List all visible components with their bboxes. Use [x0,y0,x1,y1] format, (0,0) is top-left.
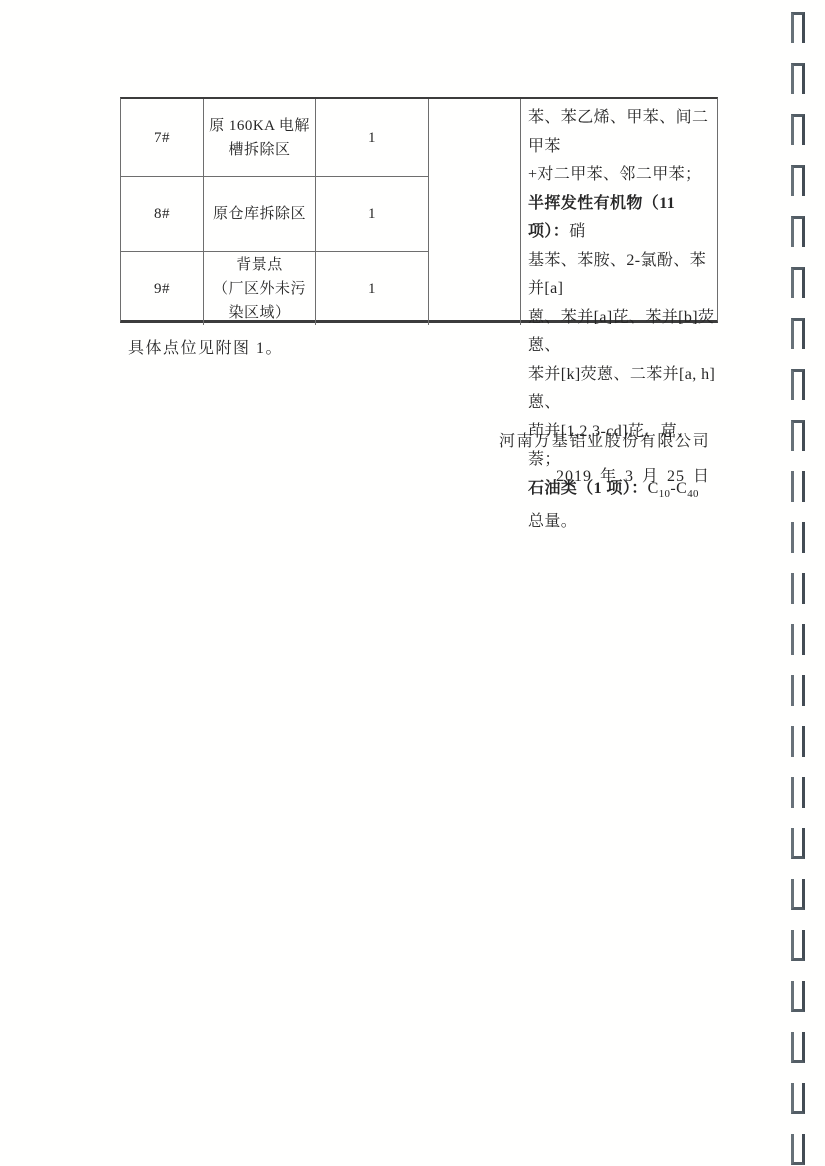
table-cell-point-id: 7# [121,99,204,177]
binding-ring-icon [791,675,805,706]
table-cell-point-id: 9# [121,252,204,325]
binding-ring-icon [791,624,805,655]
analysis-line: 苯并[k]荧蒽、二苯并[a, h]蒽、 [528,361,717,418]
binding-ring-icon [791,63,805,94]
analysis-line: 苯、苯乙烯、甲苯、间二甲苯 [528,104,717,161]
analysis-line: +对二甲苯、邻二甲苯； [528,161,701,190]
analysis-line: 基苯、苯胺、2-氯酚、苯并[a] [528,247,717,304]
binding-ring-icon [791,12,805,43]
table-cell-count: 1 [316,177,429,252]
binding-ring-icon [791,420,805,451]
sampling-points-table: 7# 原 160KA 电解 槽拆除区 1 苯、苯乙烯、甲苯、间二甲苯+对二甲苯、… [120,97,718,323]
table-cell-empty-merged [429,99,521,325]
binding-ring-icon [791,165,805,196]
table-cell-count: 1 [316,252,429,325]
document-page: 7# 原 160KA 电解 槽拆除区 1 苯、苯乙烯、甲苯、间二甲苯+对二甲苯、… [0,0,825,1166]
binding-ring-icon [791,777,805,808]
analysis-line: 蒽、苯并[a]芘、苯并[b]荧蒽、 [528,304,717,361]
binding-ring-icon [791,522,805,553]
binding-ring-icon [791,1083,805,1114]
note-text: 具体点位见附图 1。 [128,335,283,358]
binding-ring-icon [791,267,805,298]
binding-ring-icon [791,726,805,757]
binding-ring-icon [791,573,805,604]
table-cell-area-name: 背景点 （厂区外未污 染区域） [204,252,316,325]
table-cell-count: 1 [316,99,429,177]
binding-ring-icon [791,318,805,349]
analysis-line: 半挥发性有机物（11 项）：硝 [528,190,717,247]
binding-ring-icon [791,369,805,400]
binding-ring-icon [791,981,805,1012]
binding-ring-icon [791,930,805,961]
binding-ring-icon [791,216,805,247]
table-cell-area-name: 原仓库拆除区 [204,177,316,252]
table-cell-point-id: 8# [121,177,204,252]
binding-ring-icon [791,1032,805,1063]
binding-ring-icon [791,828,805,859]
analysis-text: 苯、苯乙烯、甲苯、间二甲苯+对二甲苯、邻二甲苯；半挥发性有机物（11 项）：硝基… [521,99,719,325]
table-cell-area-name: 原 160KA 电解 槽拆除区 [204,99,316,177]
binding-ring-icon [791,114,805,145]
binding-ring-icon [791,879,805,910]
binding-ring-icon [791,471,805,502]
signature-date: 2019 年 3 月 25 日 [556,463,710,486]
company-name: 河南万基铝业股份有限公司 [499,428,710,451]
binding-ring-icon [791,1134,805,1165]
